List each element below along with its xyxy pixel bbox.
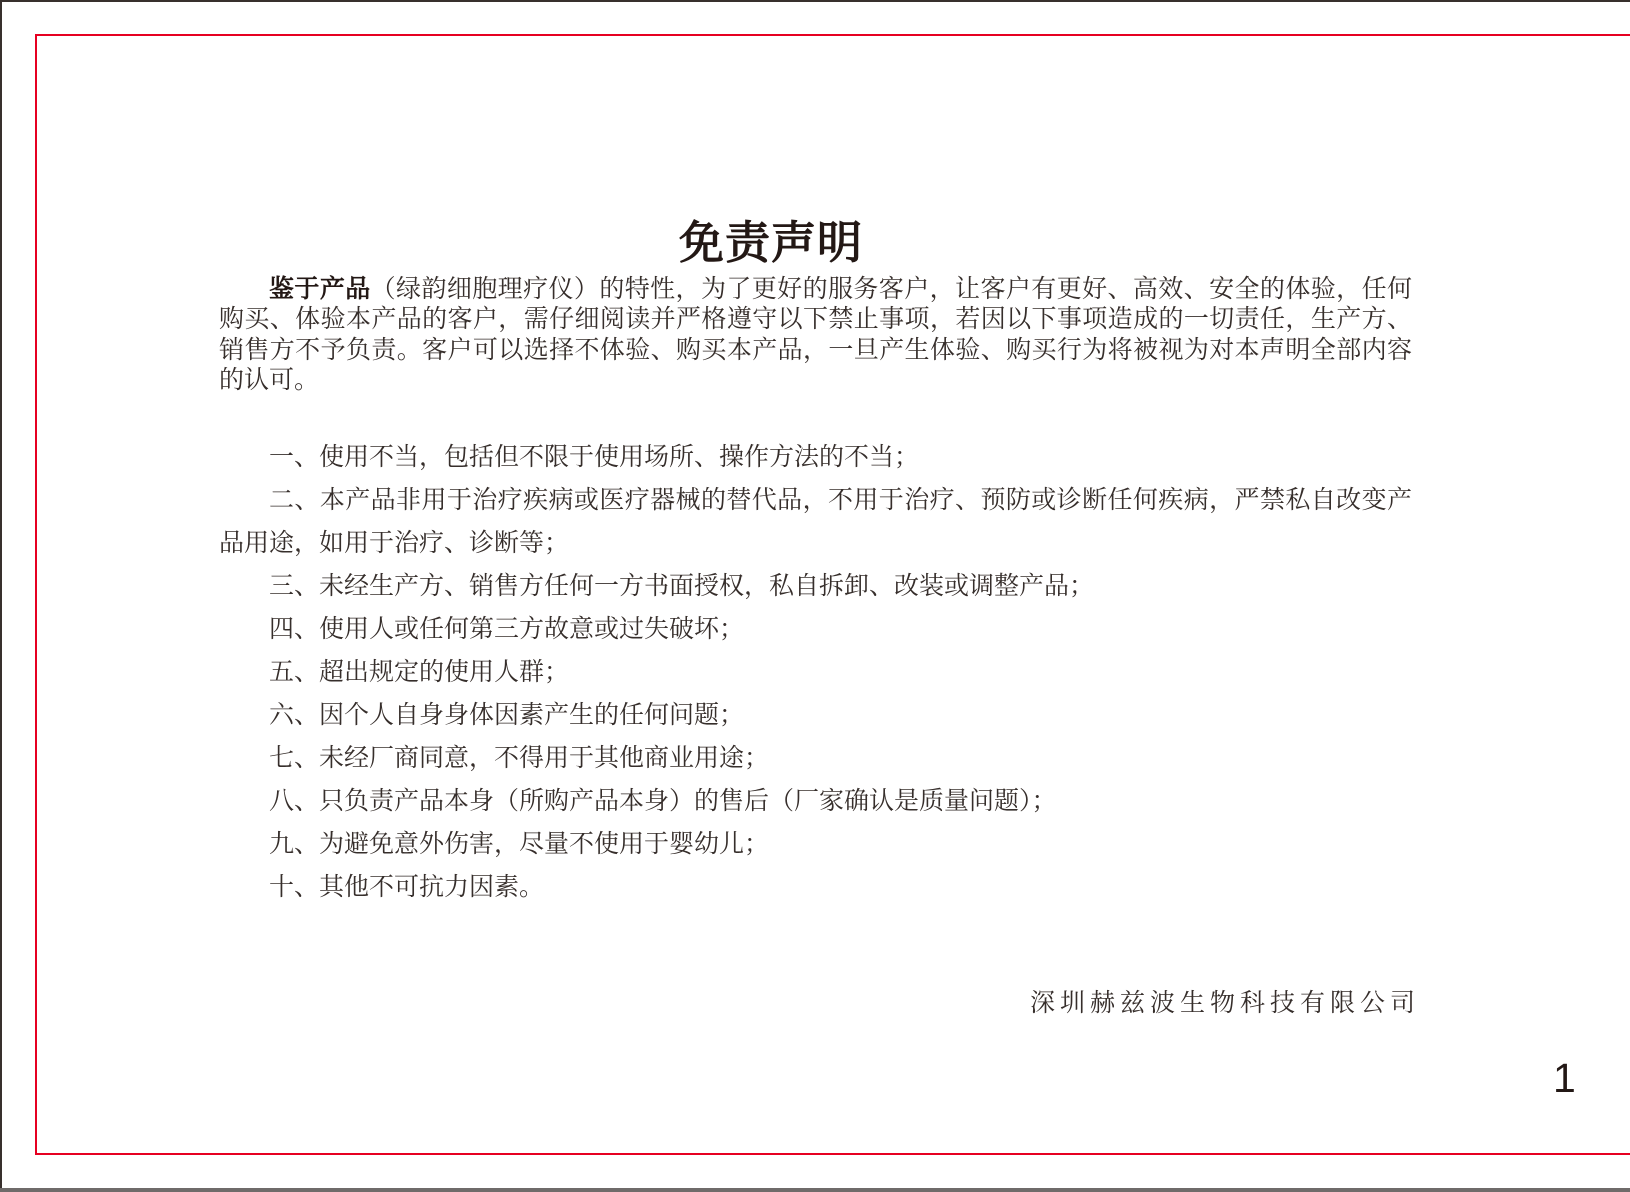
list-item-1: 一、使用不当，包括但不限于使用场所、操作方法的不当； [219,436,1412,479]
disclaimer-list: 一、使用不当，包括但不限于使用场所、操作方法的不当； 二、本产品非用于治疗疾病或… [219,436,1412,909]
page-edge-top [0,0,1630,2]
list-item-6: 六、因个人自身身体因素产生的任何问题； [219,694,1412,737]
page-edge-left [0,0,2,1192]
list-item-8: 八、只负责产品本身（所购产品本身）的售后（厂家确认是质量问题）； [219,780,1412,823]
intro-paragraph: 鉴于产品（绿韵细胞理疗仪）的特性，为了更好的服务客户，让客户有更好、高效、安全的… [219,274,1412,396]
company-name: 深圳赫兹波生物科技有限公司 [1030,983,1420,1019]
list-item-7: 七、未经厂商同意，不得用于其他商业用途； [219,737,1412,780]
list-item-3: 三、未经生产方、销售方任何一方书面授权，私自拆卸、改装或调整产品； [219,565,1412,608]
list-item-5: 五、超出规定的使用人群； [219,651,1412,694]
intro-body-text: （绿韵细胞理疗仪）的特性，为了更好的服务客户，让客户有更好、高效、安全的体验，任… [219,275,1412,394]
list-item-4: 四、使用人或任何第三方故意或过失破坏； [219,608,1412,651]
disclaimer-document-page: 免责声明 鉴于产品（绿韵细胞理疗仪）的特性，为了更好的服务客户，让客户有更好、高… [0,0,1630,1192]
list-item-10: 十、其他不可抗力因素。 [219,866,1412,909]
page-number: 1 [1553,1056,1576,1100]
intro-lead-bold: 鉴于产品 [269,275,371,303]
list-item-2: 二、本产品非用于治疗疾病或医疗器械的替代品，不用于治疗、预防或诊断任何疾病，严禁… [219,479,1412,565]
list-item-9: 九、为避免意外伤害，尽量不使用于婴幼儿； [219,823,1412,866]
page-edge-bottom [0,1188,1630,1192]
page-title: 免责声明 [679,219,863,267]
